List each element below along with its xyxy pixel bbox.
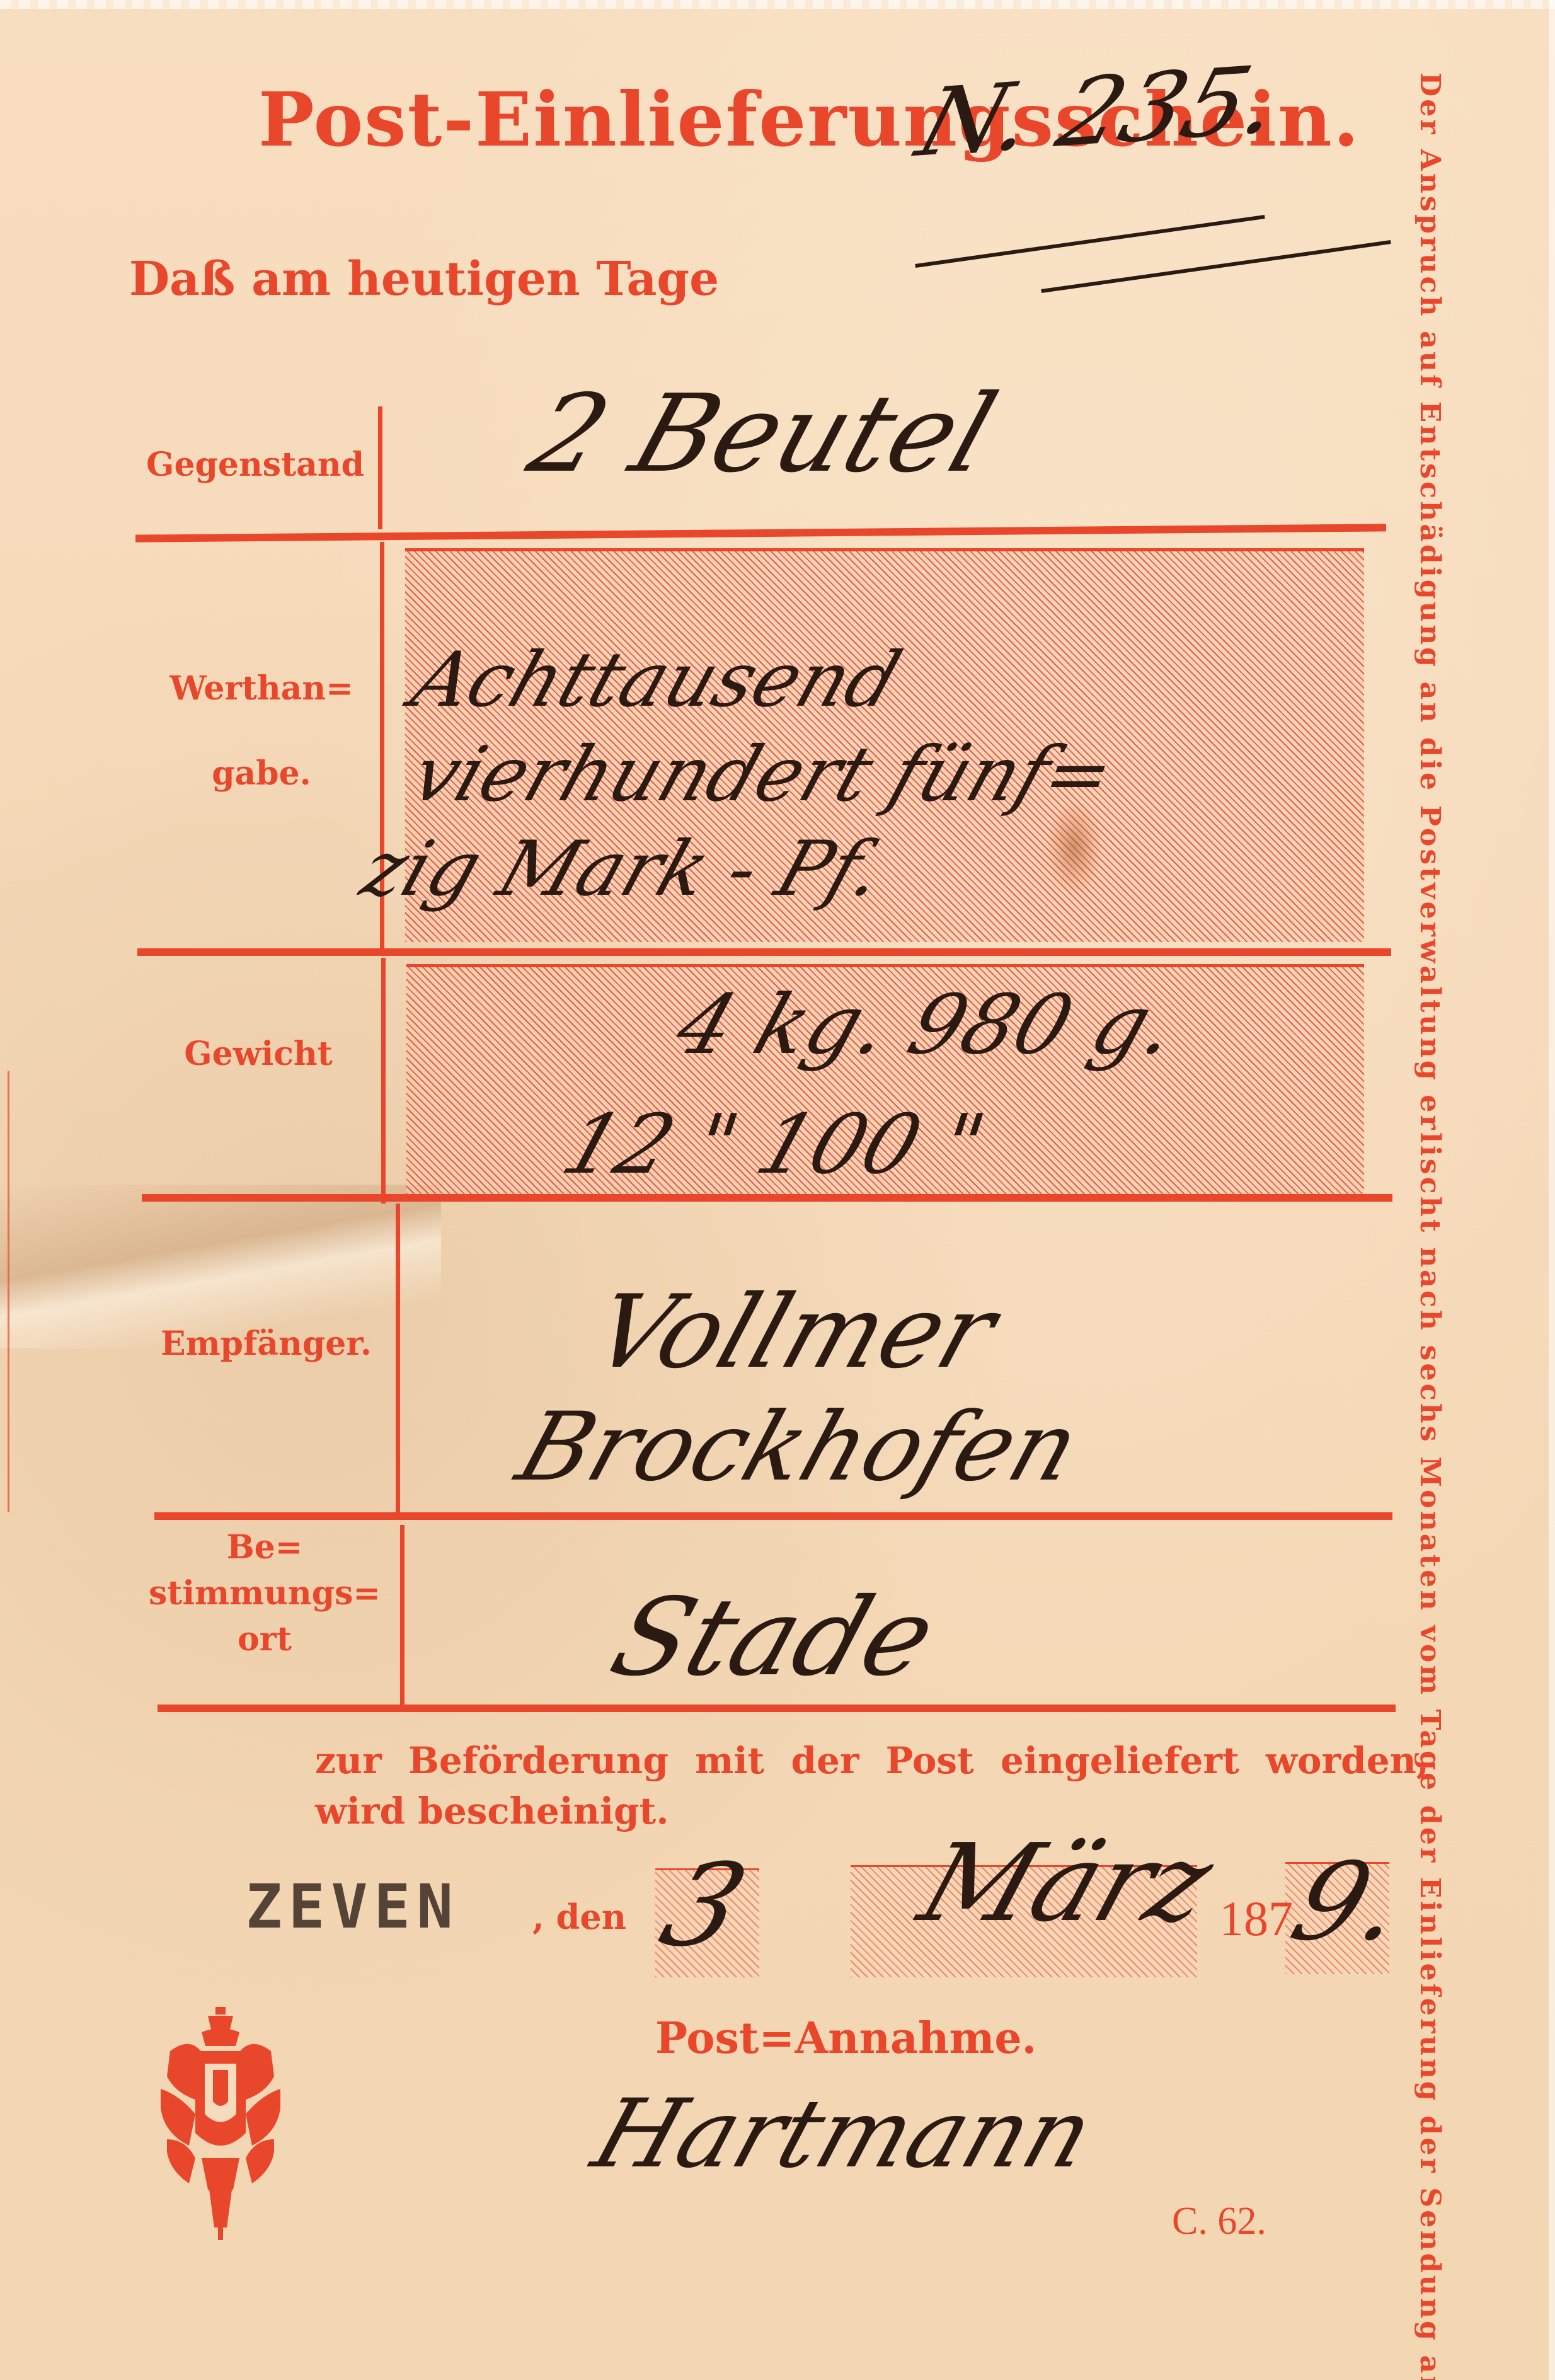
right-edge — [1549, 0, 1555, 2380]
label-bestimmungsort: Be= stimmungs= ort — [135, 1525, 394, 1662]
row-separator — [158, 1705, 1396, 1712]
column-divider — [378, 406, 382, 529]
value-empfaenger-line2: Brockhofen — [505, 1393, 1092, 1502]
label-line: stimmungs= — [135, 1571, 394, 1617]
row-separator — [142, 1194, 1392, 1202]
value-werthangabe-line3: zig Mark - Pf. — [351, 825, 894, 913]
torn-top-edge — [0, 0, 1555, 9]
label-line: ort — [135, 1617, 394, 1663]
value-gewicht-line2: 12 " 100 " — [551, 1096, 996, 1192]
form-number: C. 62. — [1172, 2199, 1266, 2244]
acceptance-label: Post=Annahme. — [655, 2013, 1036, 2064]
statement-line1: zur Beförderung mit der Post eingeliefer… — [315, 1739, 1429, 1782]
label-gewicht: Gewicht — [139, 1033, 378, 1074]
row-separator — [137, 948, 1391, 956]
label-line: gabe. — [145, 753, 378, 794]
value-gewicht-line1: 4 kg. 980 g. — [665, 977, 1189, 1072]
row-separator — [154, 1512, 1392, 1520]
column-divider — [400, 1525, 405, 1705]
value-bestimmungsort: Stade — [597, 1575, 950, 1700]
date-year-printed: 187 — [1219, 1890, 1293, 1947]
statement-line2: wird bescheinigt. — [315, 1790, 669, 1832]
imperial-eagle-icon — [158, 2007, 284, 2240]
value-gegenstand: 2 Beutel — [515, 372, 1010, 497]
postmaster-signature: Hartmann — [581, 2079, 1106, 2189]
label-line: Be= — [135, 1525, 394, 1571]
label-line: Werthan= — [145, 668, 378, 709]
column-divider — [381, 958, 386, 1204]
label-gegenstand: Gegenstand — [135, 444, 375, 485]
date-month: März — [906, 1821, 1228, 1946]
label-empfaenger: Empfänger. — [139, 1323, 394, 1364]
side-note-vertical: Der Anspruch auf Entschädigung an die Po… — [1408, 72, 1446, 2322]
left-edge-rule — [8, 1071, 9, 1512]
place-stamp: ZEVEN — [246, 1871, 459, 1942]
date-prefix: , den — [532, 1897, 626, 1937]
value-werthangabe-line1: Achttausend — [401, 636, 910, 724]
label-werthangabe: Werthan= gabe. — [145, 668, 378, 794]
value-werthangabe-line2: vierhundert fünf= — [401, 731, 1124, 819]
value-empfaenger-line1: Vollmer — [580, 1273, 1010, 1391]
intro-text: Daß am heutigen Tage — [129, 252, 719, 306]
column-divider — [396, 1204, 400, 1512]
